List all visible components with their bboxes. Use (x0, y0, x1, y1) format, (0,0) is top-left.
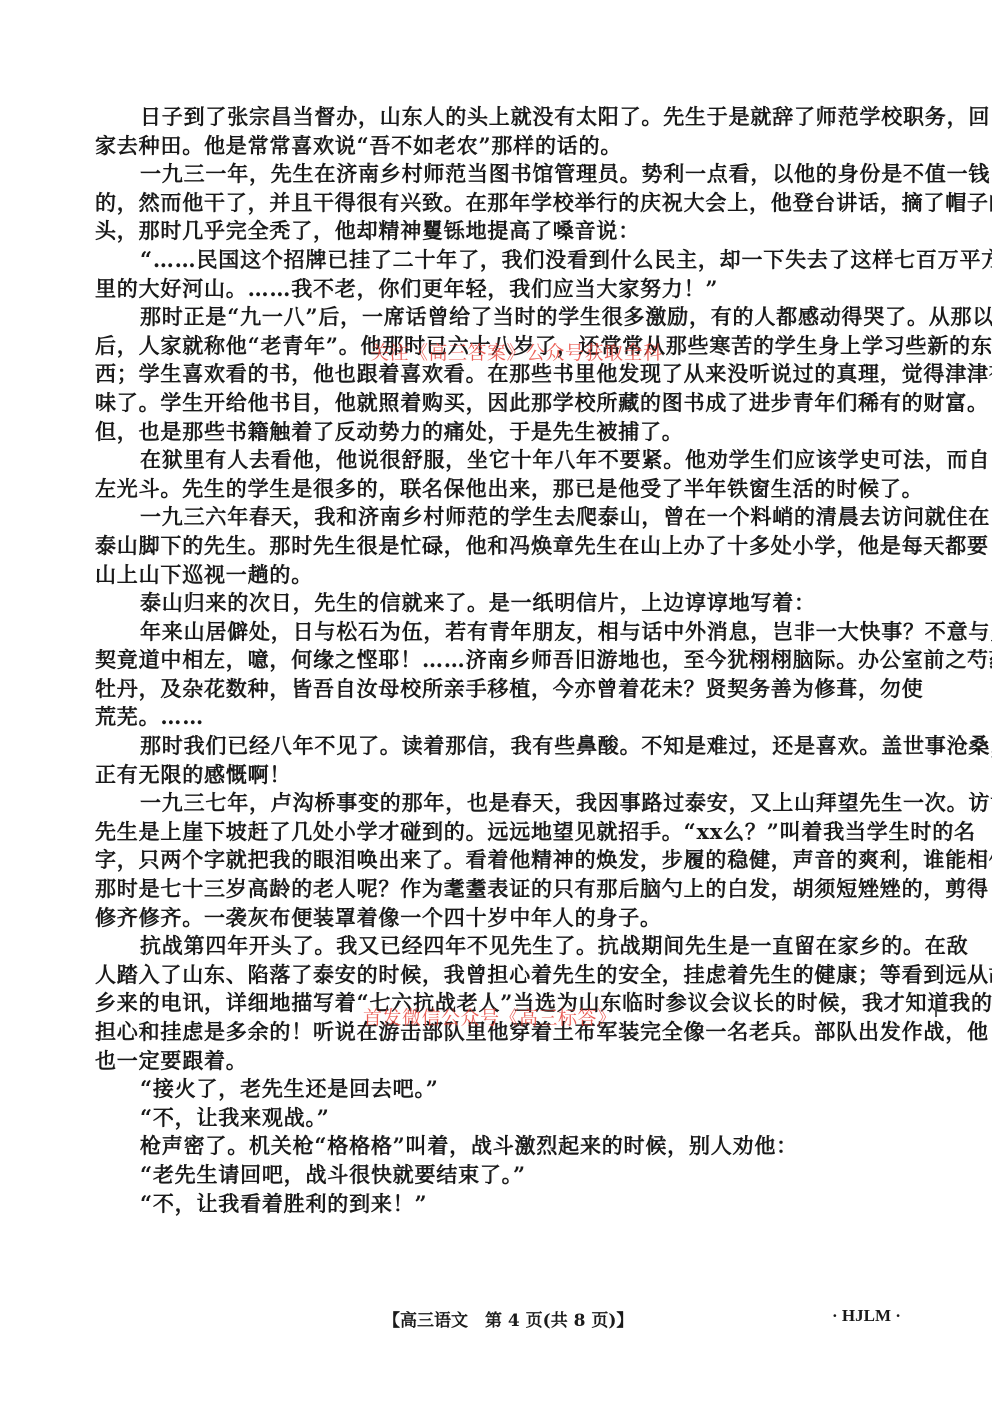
text-line: “……民国这个招牌已挂了二十年了，我们没看到什么民主，却一下失去了这样七百万平方 (95, 246, 900, 275)
text-line: “不，让我来观战。” (95, 1104, 900, 1133)
text-line: 牡丹，及杂花数种，皆吾自汝母校所亲手移植，今亦曾着花未？贤契务善为修葺，勿使 (95, 675, 900, 704)
text-line: 枪声密了。机关枪“格格格”叫着，战斗激烈起来的时候，别人劝他： (95, 1132, 900, 1161)
text-line: 一九三七年，卢沟桥事变的那年，也是春天，我因事路过泰安，又上山拜望先生一次。访谒 (95, 789, 900, 818)
text-line: 修齐修齐。一袭灰布便装罩着像一个四十岁中年人的身子。 (95, 904, 900, 933)
document-body: 日子到了张宗昌当督办，山东人的头上就没有太阳了。先生于是就辞了师范学校职务，回家… (95, 103, 900, 1218)
watermark-top: 关注《高三答案》公众号获取全科 (370, 338, 663, 365)
text-line: 也一定要跟着。 (95, 1047, 900, 1076)
text-line: 正有无限的感慨啊！ (95, 761, 900, 790)
text-line: “接火了，老先生还是回去吧。” (95, 1075, 900, 1104)
watermark-bottom: 首发微信公众号《高三标答》 (363, 1003, 617, 1030)
page-footer-code: · HJLM · (832, 1306, 901, 1326)
text-line: 荒芜。…… (95, 703, 900, 732)
text-line: 泰山脚下的先生。那时先生很是忙碌，他和冯焕章先生在山上办了十多处小学，他是每天都… (95, 532, 900, 561)
text-line: 那时正是“九一八”后，一席话曾给了当时的学生很多激励，有的人都感动得哭了。从那以 (95, 303, 900, 332)
text-line: 山上山下巡视一趟的。 (95, 561, 900, 590)
text-line: 的，然而他干了，并且干得很有兴致。在那年学校举行的庆祝大会上，他登台讲话，摘了帽… (95, 189, 900, 218)
scan-artifact (935, 1008, 937, 1017)
text-line: 在狱里有人去看他，他说很舒服，坐它十年八年不要紧。他劝学生们应该学史可法，而自比 (95, 446, 900, 475)
text-line: 但，也是那些书籍触着了反动势力的痛处，于是先生被捕了。 (95, 418, 900, 447)
text-line: 抗战第四年开头了。我又已经四年不见先生了。抗战期间先生是一直留在家乡的。在敌 (95, 932, 900, 961)
text-line: 先生是上崖下坡赶了几处小学才碰到的。远远地望见就招手。“xx么？”叫着我当学生时… (95, 818, 900, 847)
text-line: 一九三一年，先生在济南乡村师范当图书馆管理员。势利一点看，以他的身份是不值一钱 (95, 160, 900, 189)
text-line: 契竟道中相左，噫，何缘之悭耶！……济南乡师吾旧游地也，至今犹栩栩脑际。办公室前之… (95, 646, 900, 675)
text-line: 字，只两个字就把我的眼泪唤出来了。看着他精神的焕发，步履的稳健，声音的爽利，谁能… (95, 846, 900, 875)
text-line: 那时是七十三岁高龄的老人呢？作为耄耋表证的只有那后脑勺上的白发，胡须短矬矬的，剪… (95, 875, 900, 904)
text-line: 家去种田。他是常常喜欢说“吾不如老农”那样的话的。 (95, 132, 900, 161)
text-line: 左光斗。先生的学生是很多的，联名保他出来，那已是他受了半年铁窗生活的时候了。 (95, 475, 900, 504)
text-line: 那时我们已经八年不见了。读着那信，我有些鼻酸。不知是难过，还是喜欢。盖世事沧桑， (95, 732, 900, 761)
text-line: 人踏入了山东、陷落了泰安的时候，我曾担心着先生的安全，挂虑着先生的健康；等看到远… (95, 961, 900, 990)
page-footer-label: 【高三语文 第 4 页(共 8 页)】 (383, 1306, 633, 1331)
text-line: 年来山居僻处，日与松石为伍，若有青年朋友，相与话中外消息，岂非一大快事？不意与贤 (95, 618, 900, 647)
text-line: 头，那时几乎完全秃了，他却精神矍铄地提高了嗓音说： (95, 217, 900, 246)
text-line: 日子到了张宗昌当督办，山东人的头上就没有太阳了。先生于是就辞了师范学校职务，回 (95, 103, 900, 132)
text-line: “老先生请回吧，战斗很快就要结束了。” (95, 1161, 900, 1190)
text-line: 里的大好河山。……我不老，你们更年轻，我们应当大家努力！” (95, 275, 900, 304)
text-line: 泰山归来的次日，先生的信就来了。是一纸明信片，上边谆谆地写着： (95, 589, 900, 618)
text-line: “不，让我看着胜利的到来！” (95, 1190, 900, 1219)
text-line: 一九三六年春天，我和济南乡村师范的学生去爬泰山，曾在一个料峭的清晨去访问就住在 (95, 503, 900, 532)
text-line: 味了。学生开给他书目，他就照着购买，因此那学校所藏的图书成了进步青年们稀有的财富… (95, 389, 900, 418)
